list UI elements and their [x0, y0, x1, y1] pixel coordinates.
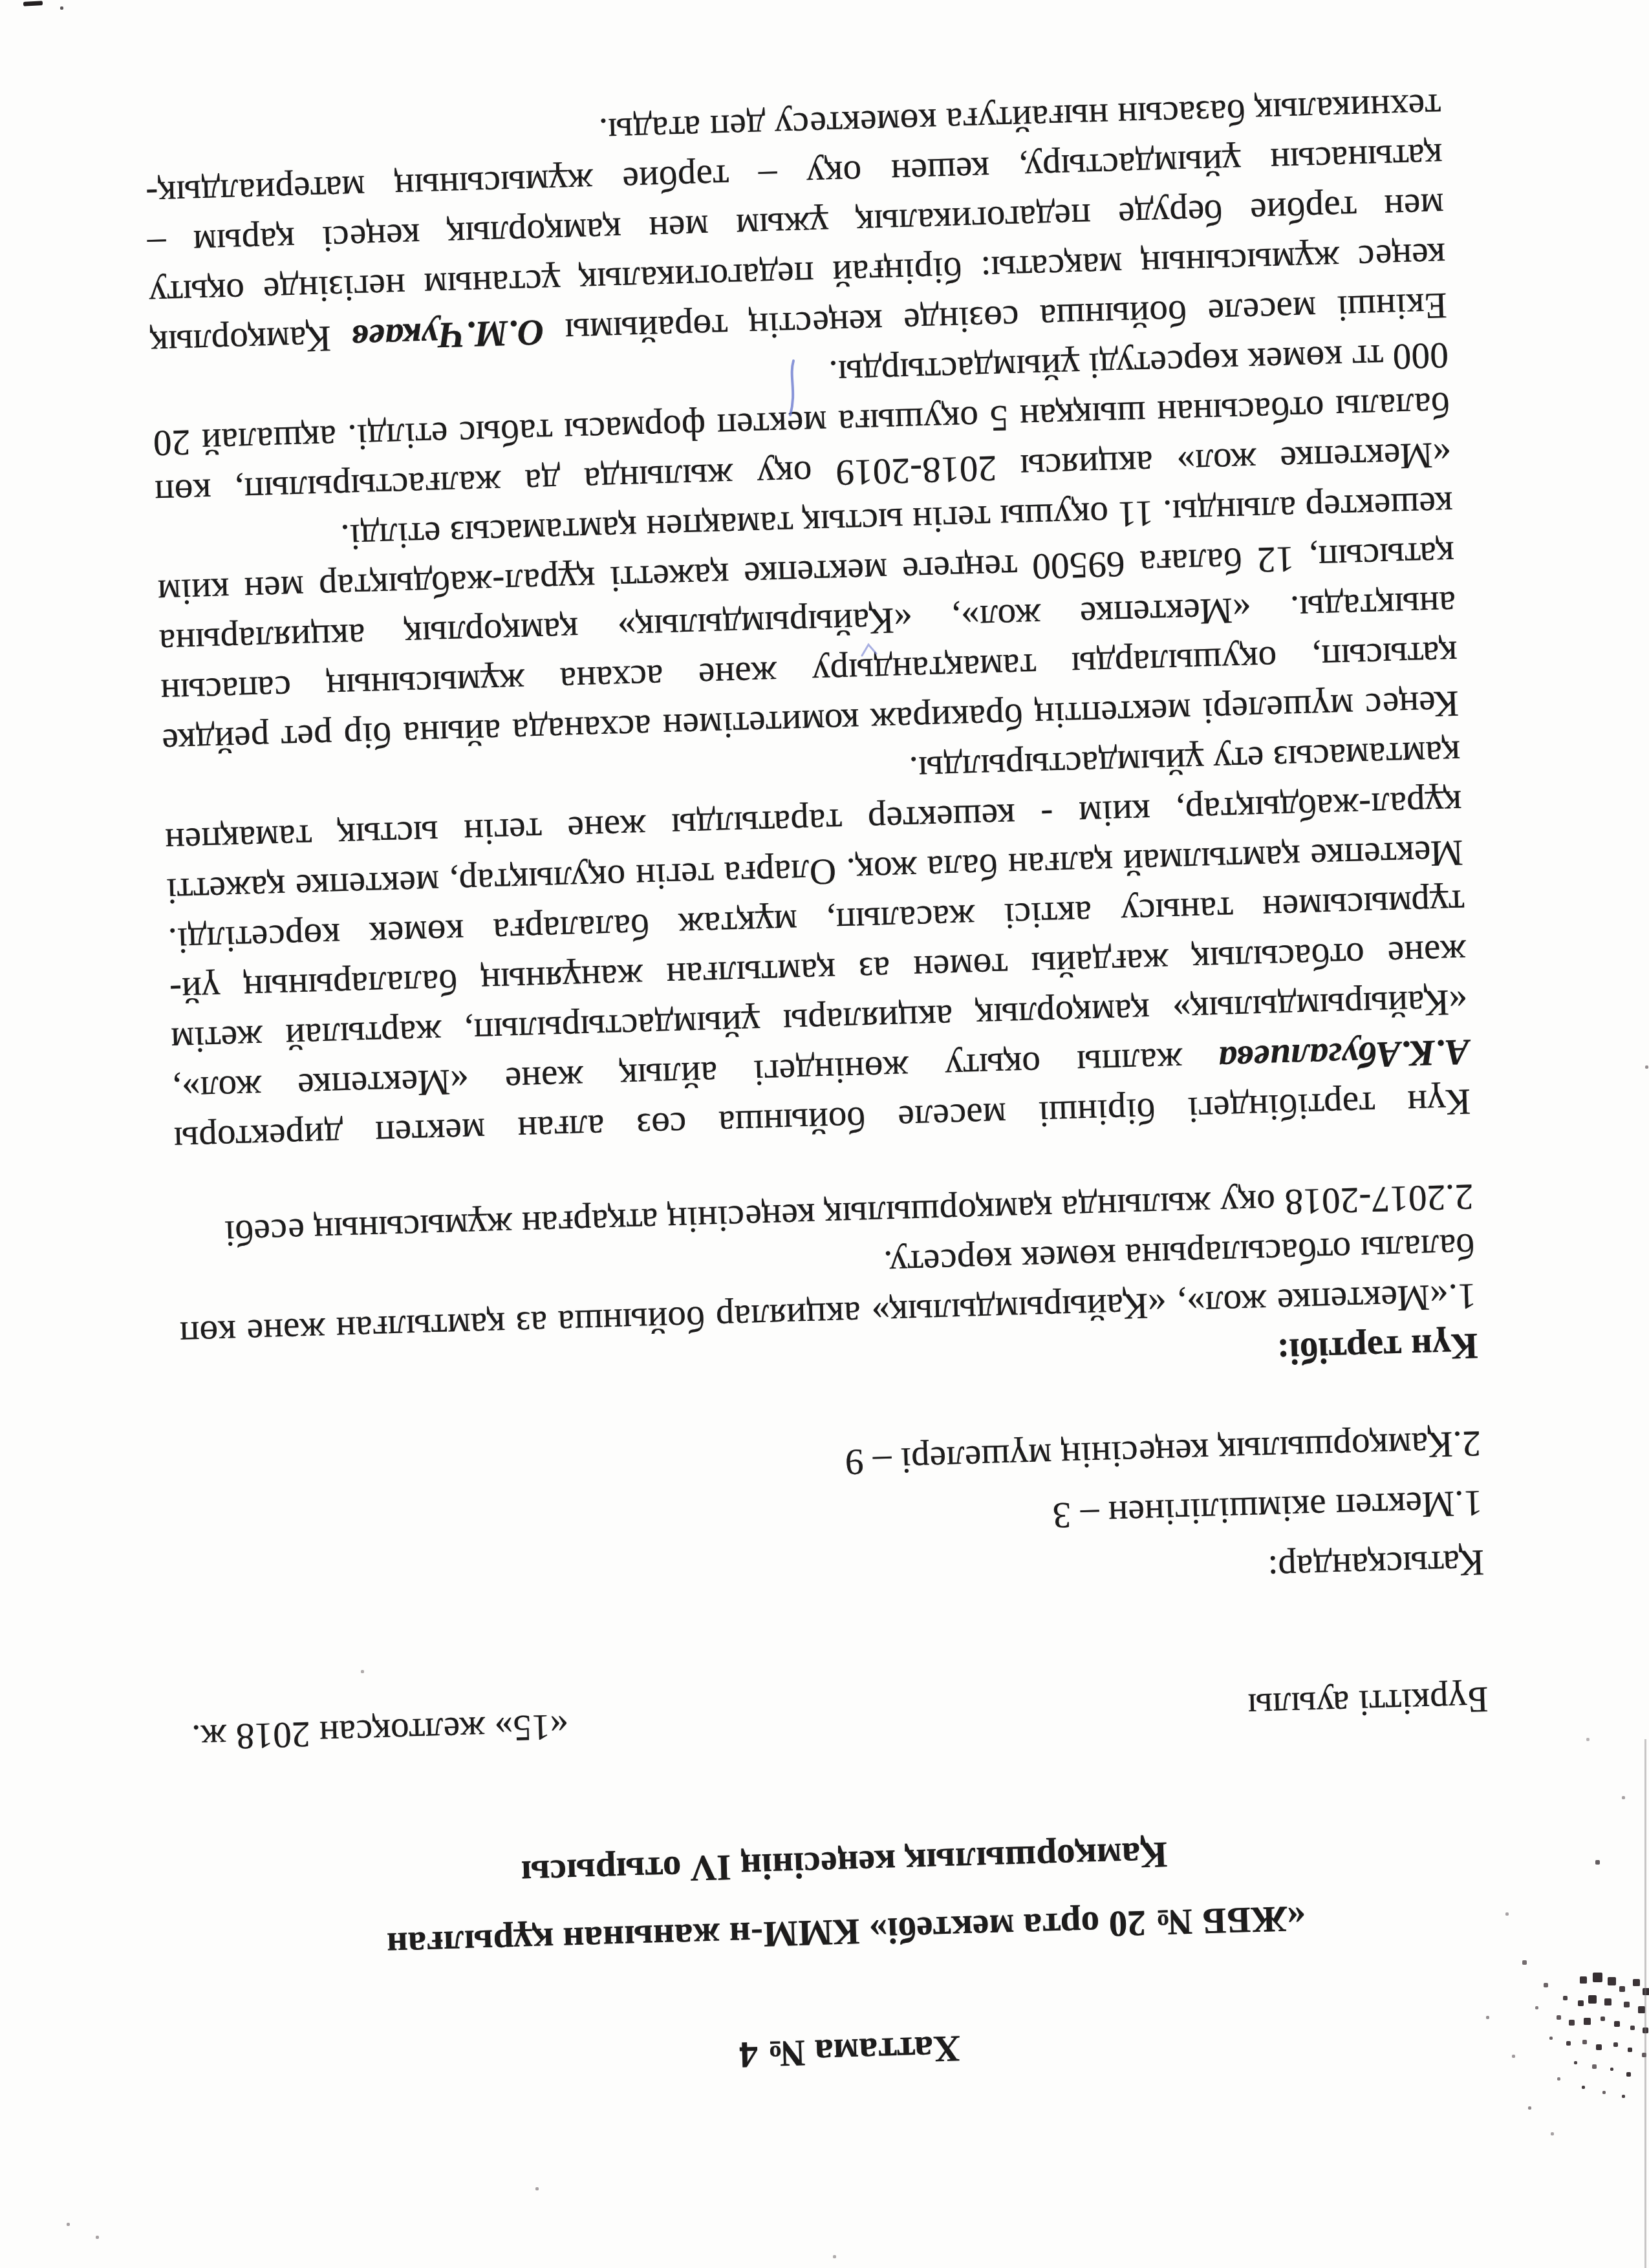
director-name: А.К.Абугалиева	[1218, 1031, 1469, 1079]
agenda-section: Күн тәртібі: 1.«Мектепке жол», «Қайырымд…	[176, 1171, 1478, 1409]
protocol-document: Хаттама № 4 «ЖББ № 20 орта мектебі» КММ-…	[0, 0, 1649, 2247]
paragraph-second-issue: Екінші мәселе бойынша сөзінде кеңестің т…	[144, 81, 1448, 369]
attendees-section: Қатысқандар: 1.Мектеп әкімшілігінен – 3 …	[183, 1413, 1485, 1630]
paragraph-text: Кеңес мүшелері мектептің бракираж комите…	[157, 484, 1460, 762]
place-date-row: Бүркітті ауылы «15» желтоқсан 2018 ж.	[191, 1674, 1489, 1762]
date-label: «15» желтоқсан 2018 ж.	[191, 1702, 569, 1762]
upside-down-sheet: Хаттама № 4 «ЖББ № 20 орта мектебі» КММ-…	[0, 0, 1649, 2247]
page-title: Хаттама № 4	[200, 2007, 1498, 2096]
scanned-page: Хаттама № 4 «ЖББ № 20 орта мектебі» КММ-…	[0, 0, 1649, 2268]
scan-edge-line	[1644, 1739, 1646, 2268]
paragraph-council-raids: Кеңес мүшелері мектептің бракираж комите…	[155, 480, 1460, 767]
blue-pen-caret	[859, 641, 881, 658]
protocol-body: Күн тәртібіндегі бірінші мәселе бойынша …	[144, 81, 1471, 1165]
place-label: Бүркітті ауылы	[1247, 1674, 1489, 1731]
chairperson-name: О.М.Чукаев	[351, 312, 544, 358]
paragraph-first-issue: Күн тәртібіндегі бірінші мәселе бойынша …	[163, 728, 1471, 1164]
blue-pen-stroke	[779, 357, 808, 419]
